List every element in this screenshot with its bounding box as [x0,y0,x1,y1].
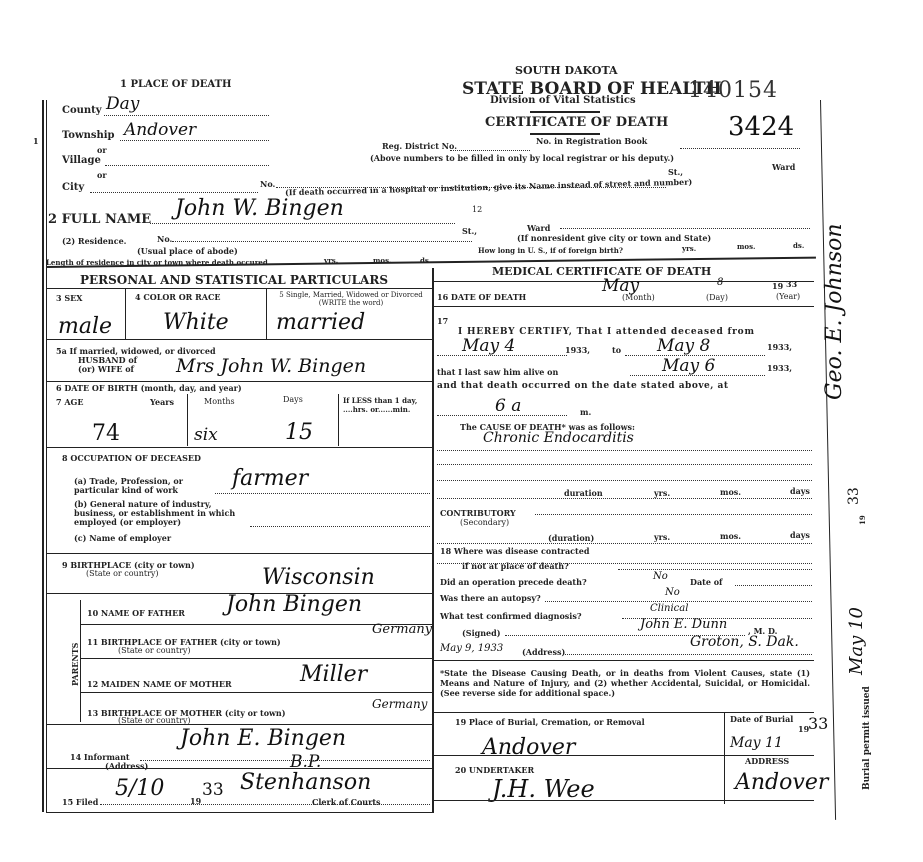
date-row-rule [434,306,814,307]
attended-from-value[interactable]: May 4 [462,336,515,356]
dob-label: 6 DATE OF BIRTH (month, day, and year) [56,383,242,393]
months-label: Months [204,397,235,406]
last-saw-year: 1933, [767,363,792,373]
item-1-marker: 1 [33,136,39,146]
informant-address-label: (Address) [105,761,148,771]
death-time-value[interactable]: 6 a [495,396,521,416]
birthplace-value[interactable]: Wisconsin [262,565,375,590]
occupation-title: 8 OCCUPATION OF DECEASED [62,453,201,463]
full-name-label: 2 FULL NAME [48,212,151,227]
secondary-label: (Secondary) [460,518,509,527]
address-label: (Address) [522,647,565,657]
industry-label: (b) General nature of industry, business… [74,500,249,527]
personal-section-title: PERSONAL AND STATISTICAL PARTICULARS [80,273,388,287]
attended-from-year: 1933, [565,345,590,355]
duration2-days: days [790,530,810,540]
burial-date-value[interactable]: May 11 [730,735,783,751]
autopsy-field[interactable] [545,594,812,602]
burial-place-label: 19 Place of Burial, Cremation, or Remova… [455,717,645,727]
certificate-title: CERTIFICATE OF DEATH [485,115,668,130]
age-years-value[interactable]: 74 [92,421,120,446]
death-time-suffix: m. [580,407,591,417]
attended-to-value[interactable]: May 8 [657,336,710,356]
filed-field[interactable] [100,798,430,805]
cause-value[interactable]: Chronic Endocarditis [483,430,634,446]
outer-left-border-inner [46,100,47,812]
personal-title-rule [46,288,432,289]
village-label: Village [62,155,101,166]
operation-date-field[interactable] [735,578,812,586]
village-field[interactable] [105,155,269,166]
test-label: What test confirmed diagnosis? [440,611,582,621]
signed-value[interactable]: John E. Dunn [640,617,727,632]
bottom-rule-right [434,800,814,801]
reg-district-label: Reg. District No. [382,141,457,151]
city-st-label: St., [668,167,683,177]
sex-label: 3 SEX [56,293,82,303]
spouse-label-3: (or) WIFE of [78,364,134,374]
death-year-value[interactable]: 33 [786,279,797,289]
residence-label: (2) Residence. [62,236,126,246]
undertaker-label: 20 UNDERTAKER [455,765,534,775]
nonresident-note: (If nonresident give city or town and St… [517,233,711,243]
informant-address-value[interactable]: B.P. [290,752,321,772]
bottom-rule-left [46,812,432,813]
burial-place-value[interactable]: Andover [482,735,575,760]
date-of-label: Date of [690,577,722,587]
not-place-label: if not at place of death? [462,561,569,571]
reg-note: (Above numbers to be filled in only by l… [370,153,674,163]
parents-label: PARENTS [70,643,80,686]
marital-label: 5 Single, Married, Widowed or Divorced (… [276,291,426,307]
reg-book-label: No. in Registration Book [536,136,647,146]
duration-yrs: yrs. [654,488,670,498]
to-label: to [612,345,621,355]
header-rule-2 [530,133,600,135]
residence-field[interactable] [172,232,472,242]
autopsy-label: Was there an autopsy? [440,593,541,603]
residence-ward-field[interactable] [560,220,810,229]
spouse-row-rule [46,381,432,382]
days-label: Days [283,395,303,404]
burial-permit-date[interactable]: May 10 [846,607,867,675]
age-less-divider [338,394,339,446]
mother-rule [80,692,432,693]
race-value[interactable]: White [163,310,229,335]
duration2-yrs: yrs. [654,532,670,542]
duration2-mos: mos. [720,531,741,541]
employer-label: (c) Name of employer [74,533,171,543]
residence-st-label: St., [462,226,477,236]
outer-right-border [820,100,836,820]
residence-ward-label: Ward [527,223,550,233]
duration2-field[interactable] [437,535,812,544]
where-contracted-label: 18 Where was disease contracted [440,546,589,556]
burial-year-value[interactable]: 33 [808,714,828,733]
burial-date-label: Date of Burial [730,714,793,724]
burial-date-divider [724,712,725,804]
father-birth-sub: (State or country) [118,646,191,655]
operation-label: Did an operation precede death? [440,577,587,587]
us-residence-label: How long in U. S., if of foreign birth? [478,246,623,255]
full-name-value: John W. Bingen [175,196,344,221]
us-yrs: yrs. [682,244,696,253]
attended-to-year: 1933, [767,342,792,352]
county-label: County [62,105,102,116]
day-caption: (Day) [706,293,728,302]
contributory-field[interactable] [535,508,812,515]
city-field[interactable] [90,182,258,193]
cause-field-2[interactable] [437,458,812,465]
father-label: 10 NAME OF FATHER [87,608,185,618]
sex-race-divider [125,289,126,339]
township-label: Township [62,130,115,141]
burial-permit-label: Burial permit issued [862,686,872,790]
mother-birth-value[interactable]: Germany [372,697,427,711]
filed-year-value[interactable]: 33 [202,780,224,800]
state-name: SOUTH DAKOTA [515,64,618,77]
item-17-marker: 17 [437,316,448,326]
center-column-divider [432,268,434,813]
death-year-prefix: 19 [772,281,783,291]
age-years-divider [187,394,188,446]
residence-no-label: No. [157,234,172,244]
duration-field[interactable] [437,490,812,499]
spouse-value[interactable]: Mrs John W. Bingen [176,355,366,377]
duration-label: duration [562,488,605,498]
industry-field[interactable] [250,518,430,527]
informant-field[interactable] [140,752,430,761]
undertaker-value[interactable]: J.H. Wee [492,775,595,803]
sex-row-rule [46,339,432,340]
outer-left-border [42,100,44,812]
signature-rule [434,660,814,661]
last-saw-label: that I last saw him alive on [437,367,558,377]
abode-note: (Usual place of abode) [137,246,238,256]
undertaker-address-label: ADDRESS [745,756,789,766]
burial-permit-year-prefix: 19 [858,515,867,525]
death-occurred-text: and that death occurred on the date stat… [437,381,729,391]
last-saw-value[interactable]: May 6 [662,356,715,376]
age-months-value[interactable]: six [194,425,218,445]
clerk-signature: Stenhanson [240,770,371,795]
year-caption: (Year) [776,292,800,301]
footnote-text: *State the Disease Causing Death, or in … [440,668,810,698]
sex-value[interactable]: male [58,314,112,339]
race-marital-divider [266,289,267,339]
trade-value[interactable]: farmer [232,466,308,491]
race-label: 4 COLOR OR RACE [135,292,220,302]
trade-label: (a) Trade, Profession, or particular kin… [74,477,214,495]
not-place-field[interactable] [618,561,812,570]
city-no-label: No. [260,179,275,189]
mother-value[interactable]: Miller [300,662,367,687]
duration-days: days [790,486,810,496]
reg-book-value: 3424 [728,112,794,142]
father-birth-value[interactable]: Germany [372,622,432,637]
header-rule-1 [530,111,600,113]
age-days-value[interactable]: 15 [285,420,313,445]
place-of-death-title: 1 PLACE OF DEATH [120,79,232,90]
us-ds: ds. [793,241,804,250]
mother-birth-rule [46,724,432,725]
years-label: Years [150,397,174,407]
registrar-signature: Geo. E. Johnson [822,223,847,400]
or-label-1: or [97,145,107,155]
physician-address-value[interactable]: Groton, S. Dak. [690,634,799,650]
death-day-value[interactable]: 8 [717,277,723,288]
county-value: Day [106,94,139,114]
less-than-day-label: If LESS than 1 day, ....hrs. or......min… [343,396,428,414]
signed-label: (Signed) [462,628,500,638]
reg-district-field[interactable] [450,141,530,151]
or-label-2: or [97,170,107,180]
undertaker-address-value[interactable]: Andover [735,770,828,795]
operation-value[interactable]: No [653,571,668,582]
occupation-rule [46,553,432,554]
division-name: Division of Vital Statistics [490,95,636,106]
informant-rule [46,768,432,769]
marital-value[interactable]: married [276,310,365,335]
duration2-label: (duration) [546,533,596,543]
mother-label: 12 MAIDEN NAME OF MOTHER [87,679,232,689]
contributory-label: CONTRIBUTORY [440,508,516,518]
township-value: Andover [124,120,196,140]
city-label: City [62,182,84,193]
birthplace-sub: (State or country) [86,569,159,578]
duration-mos: mos. [720,487,741,497]
burial-permit-year[interactable]: 33 [846,487,862,505]
cause-field-3[interactable] [437,474,812,481]
informant-value[interactable]: John E. Bingen [180,726,346,751]
month-caption: (Month) [622,293,655,302]
father-birth-rule [80,658,432,659]
parents-divider [80,600,81,722]
file-number: 140154 [688,78,778,103]
filed-label: 15 Filed [62,797,98,807]
age-label: 7 AGE [56,397,84,407]
us-mos: mos. [737,242,755,251]
age-row-rule [46,447,432,448]
sign-date-value[interactable]: May 9, 1933 [440,643,503,654]
father-value[interactable]: John Bingen [226,592,362,617]
city-ward-label: Ward [772,162,795,172]
date-of-death-label: 16 DATE OF DEATH [437,292,526,302]
margin-mark-12: 12 [472,205,482,214]
burial-top-rule [434,712,814,713]
